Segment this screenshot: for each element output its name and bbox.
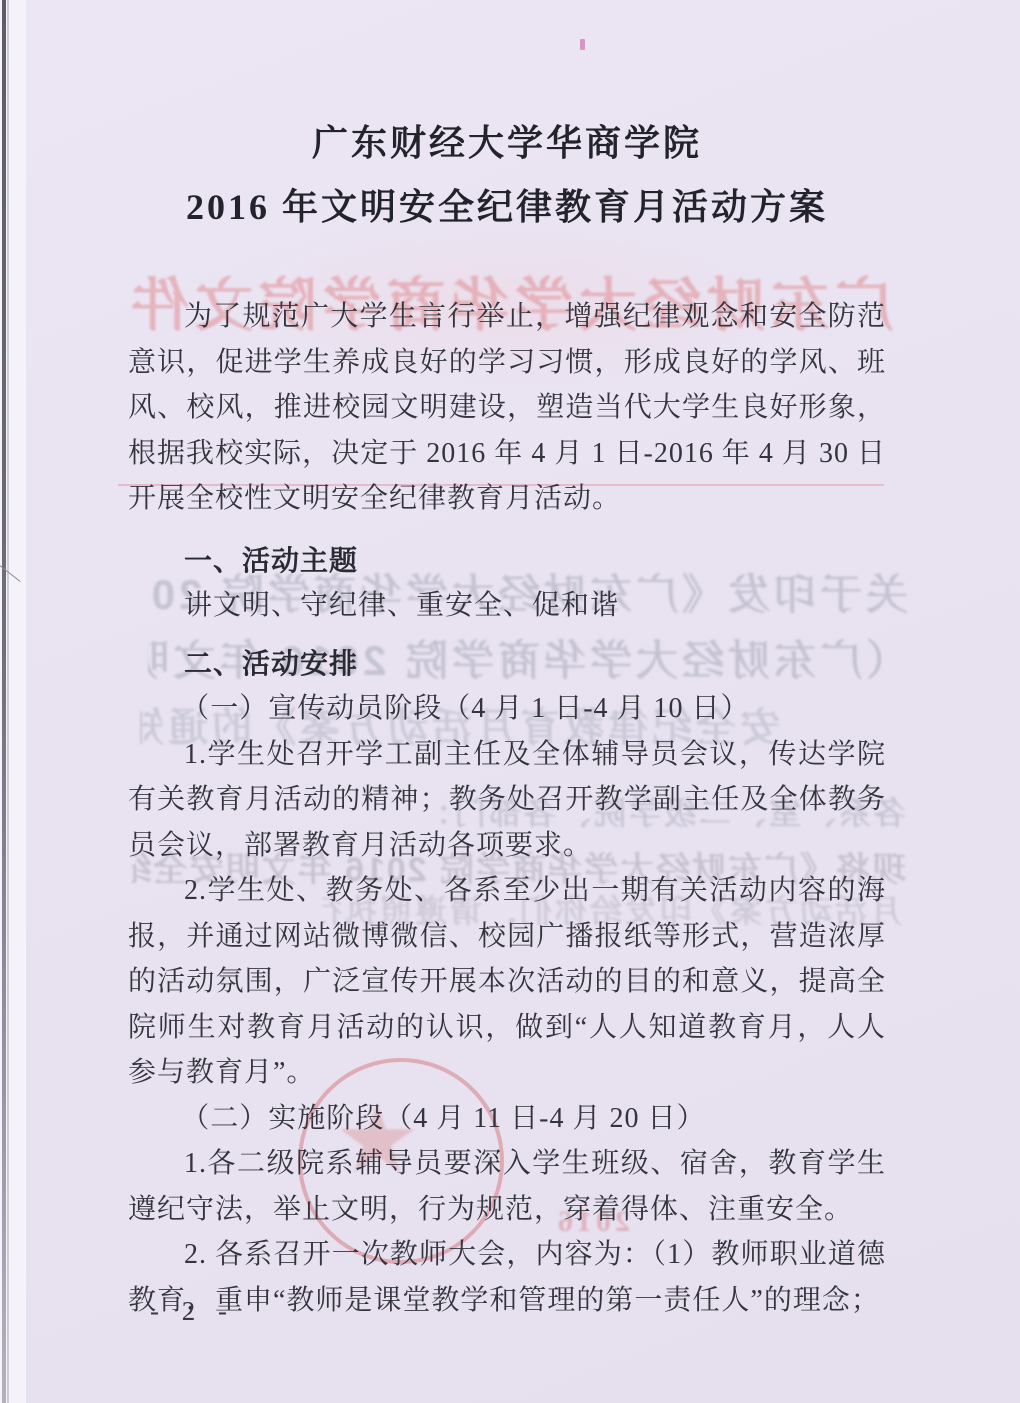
- subsection-publicity-stage: （一）宣传动员阶段（4 月 1 日-4 月 10 日）: [128, 686, 886, 732]
- document-title-line1: 广东财经大学华商学院: [128, 120, 886, 166]
- paragraph-intro: 为了规范广大学生言行举止，增强纪律观念和安全防范意识，促进学生养成良好的学习习惯…: [128, 294, 886, 522]
- subsection-implementation-stage: （二）实施阶段（4 月 11 日-4 月 20 日）: [128, 1096, 886, 1142]
- paragraph-implementation-item1: 1.各二级院系辅导员要深入学生班级、宿舍，教育学生遵纪守法，举止文明，行为规范，…: [128, 1141, 886, 1232]
- scan-edge-dark-line: [2, 0, 6, 1403]
- section-heading-activity-theme: 一、活动主题: [128, 538, 886, 584]
- paragraph-theme-slogan: 讲文明、守纪律、重安全、促和谐: [128, 583, 886, 629]
- paragraph-implementation-item2: 2. 各系召开一次教师大会，内容为：（1）教师职业道德教育，重申“教师是课堂教学…: [128, 1232, 886, 1323]
- scan-edge-soft-line: [7, 0, 9, 1403]
- scanned-document-page: 广东财经大学华商学院文件 关于印发《广东财经大学华商学院 2016 （广东财经大…: [0, 0, 1020, 1403]
- paragraph-publicity-item2: 2.学生处、教务处、各系至少出一期有关活动内容的海报，并通过网站微博微信、校园广…: [128, 868, 886, 1096]
- page-number: - 2 -: [150, 1296, 235, 1327]
- document-body: 广东财经大学华商学院 2016 年文明安全纪律教育月活动方案 为了规范广大学生言…: [128, 0, 886, 1323]
- section-heading-activity-schedule: 二、活动安排: [128, 641, 886, 687]
- document-title-line2: 2016 年文明安全纪律教育月活动方案: [128, 184, 886, 230]
- paragraph-publicity-item1: 1.学生处召开学工副主任及全体辅导员会议，传达学院有关教育月活动的精神；教务处召…: [128, 732, 886, 869]
